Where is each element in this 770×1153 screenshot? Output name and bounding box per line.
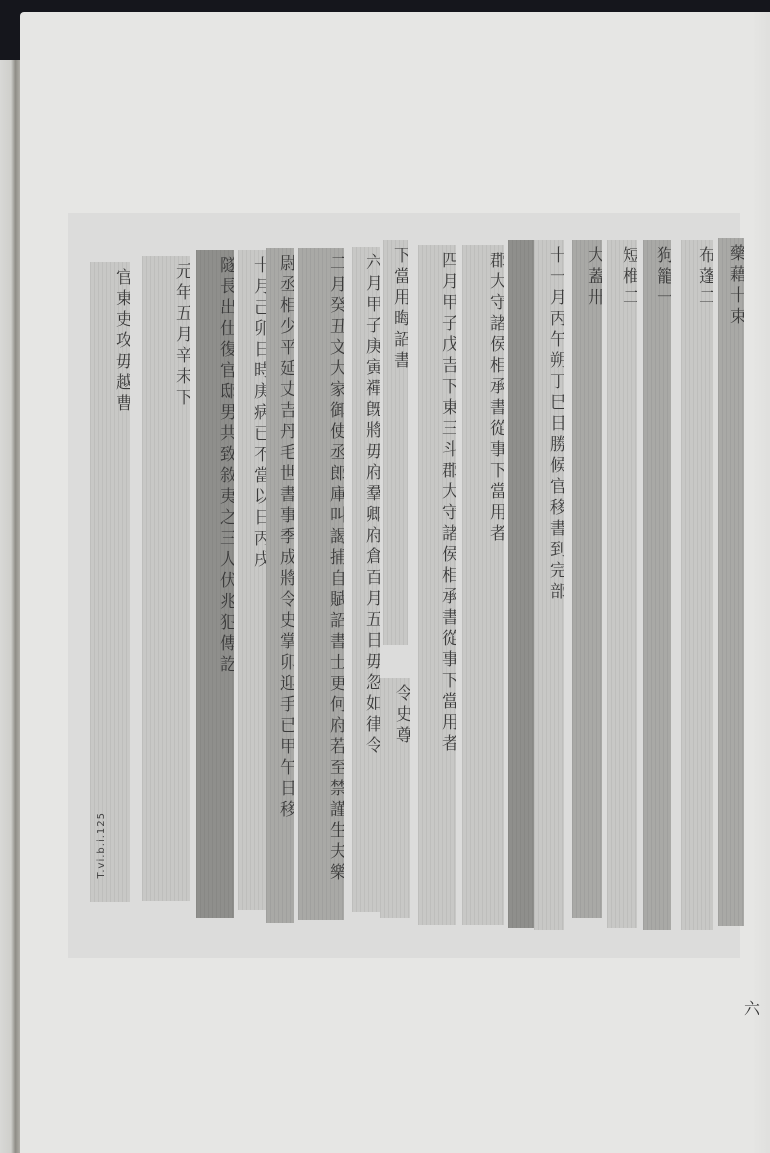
wood-grain <box>643 240 671 930</box>
wooden-slip: 布蓬二 <box>681 240 713 930</box>
page-number: 六 <box>744 996 760 1019</box>
slip-text: 藥藉十束 <box>718 244 744 328</box>
wooden-slip: 十一月丙午朔丁巳日勝候官移書到完部 <box>534 240 564 930</box>
wood-grain <box>607 240 637 928</box>
wood-grain <box>572 240 602 918</box>
wooden-slip: 大蓋卅 <box>572 240 602 918</box>
wooden-slip: 六月甲子庚寅禪旣將毋府羣卿府倉百月五日毋忽如律令 <box>352 247 380 912</box>
wooden-slip: 四月甲子戊吉下東三斗郡大守諸侯相承書從事下當用者 <box>418 245 456 925</box>
slip-text: 狗籠一 <box>643 246 671 309</box>
slip-text: 官東吏攻毋越曹 <box>90 268 130 415</box>
wooden-slip: 狗籠一 <box>643 240 671 930</box>
slip-text: 郡大守諸侯相承書從事下當用者 <box>462 251 504 545</box>
wooden-slip <box>508 240 536 928</box>
slip-text: 十月己卯日時庚病已不當以日丙戌 <box>238 256 268 571</box>
slip-text: 大蓋卅 <box>572 246 602 309</box>
wooden-slip: 令史尊 <box>380 678 410 918</box>
book-spine-edge <box>0 60 22 1153</box>
wooden-slip: 下當用晦詔書 <box>383 240 408 645</box>
slip-text: 尉丞相少平延丈吉丹毛世書事季成將令史掌卯迎手已甲午日移 <box>266 254 294 821</box>
wooden-slip: 尉丞相少平延丈吉丹毛世書事季成將令史掌卯迎手已甲午日移 <box>266 248 294 923</box>
slip-text: 四月甲子戊吉下東三斗郡大守諸侯相承書從事下當用者 <box>418 251 456 755</box>
slip-text: 令史尊 <box>380 684 410 747</box>
wooden-slip: 藥藉十束 <box>718 238 744 926</box>
wood-grain <box>718 238 744 926</box>
slip-text: 布蓬二 <box>681 246 713 309</box>
slip-text: 六月甲子庚寅禪旣將毋府羣卿府倉百月五日毋忽如律令 <box>352 253 380 757</box>
slip-text: 二月癸丑文大家御使丞郎庫叫謁捕自賦詔書士更何府若至禁謹生夫樂 <box>298 254 344 884</box>
wood-grain <box>508 240 536 928</box>
slip-text: 元年五月辛未下 <box>142 262 190 409</box>
wooden-slip: 官東吏攻毋越曹 <box>90 262 130 902</box>
wooden-slip: 隧長出仕復官邸男共致敘夷之三人伏兆犯傳訖 <box>196 250 234 918</box>
page-shadow <box>752 12 770 1153</box>
slip-text: 十一月丙午朔丁巳日勝候官移書到完部 <box>534 246 564 603</box>
slip-text: 短椎二 <box>607 246 637 309</box>
wood-grain <box>681 240 713 930</box>
wooden-slip: 郡大守諸侯相承書從事下當用者 <box>462 245 504 925</box>
wooden-slip: 二月癸丑文大家御使丞郎庫叫謁捕自賦詔書士更何府若至禁謹生夫樂 <box>298 248 344 920</box>
wooden-slip: 短椎二 <box>607 240 637 928</box>
catalog-label: T.vi.b.i.125 <box>96 812 107 879</box>
slip-text: 下當用晦詔書 <box>383 246 408 372</box>
wooden-slip: 十月己卯日時庚病已不當以日丙戌 <box>238 250 268 910</box>
wooden-slip: 元年五月辛未下 <box>142 256 190 901</box>
slip-text: 隧長出仕復官邸男共致敘夷之三人伏兆犯傳訖 <box>196 256 234 676</box>
